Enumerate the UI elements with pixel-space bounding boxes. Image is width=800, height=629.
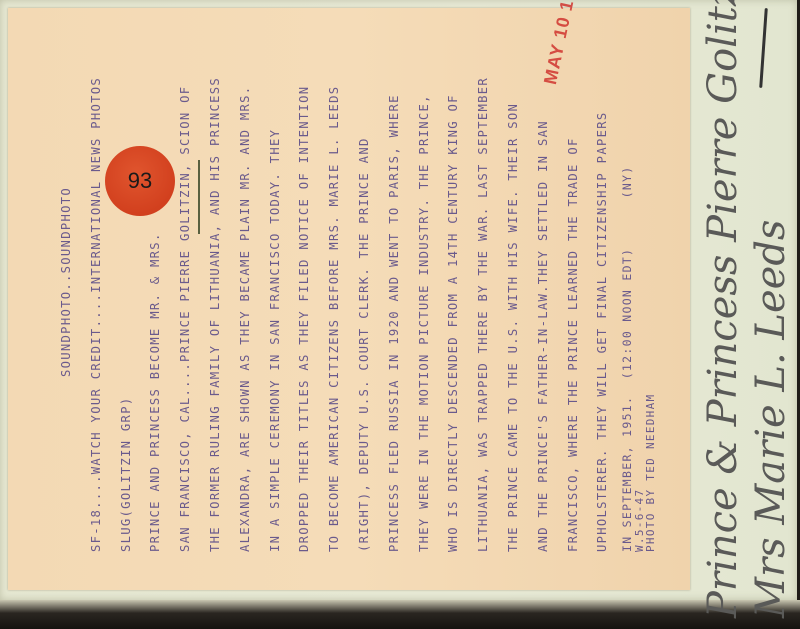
caption-line: SAN FRANCISCO, CAL....PRINCE PIERRE GOLI… — [171, 77, 201, 552]
caption-footer: IN SEPTEMBER, 1951. (12:00 NOON EDT) (NY… — [620, 77, 656, 552]
caption-line: THEY WERE IN THE MOTION PICTURE INDUSTRY… — [410, 77, 440, 552]
caption-sheet: SOUNDPHOTO..SOUNDPHOTO SF-18....WATCH YO… — [8, 8, 690, 590]
photo-credit-line: PHOTO BY TED NEEDHAM — [645, 77, 656, 552]
caption-line: LITHUANIA, WAS TRAPPED THERE BY THE WAR.… — [469, 77, 499, 552]
badge-number: 93 — [128, 168, 152, 194]
caption-line: TO BECOME AMERICAN CITIZENS BEFORE MRS. … — [320, 77, 350, 552]
caption-line: UPHOLSTERER. THEY WILL GET FINAL CITIZEN… — [588, 77, 618, 552]
rotated-caption-content: SOUNDPHOTO..SOUNDPHOTO SF-18....WATCH YO… — [8, 8, 690, 590]
caption-line: ALEXANDRA, ARE SHOWN AS THEY BECAME PLAI… — [231, 77, 261, 552]
number-badge: 93 — [105, 146, 175, 216]
caption-line: PRINCESS FLED RUSSIA IN 1920 AND WENT TO… — [380, 77, 410, 552]
caption-header: SOUNDPHOTO..SOUNDPHOTO — [52, 77, 82, 552]
handwritten-note-names: Prince & Princess Pierre Golitzin — [700, 0, 746, 618]
caption-line: DROPPED THEIR TITLES AS THEY FILED NOTIC… — [290, 77, 320, 552]
footer-date-line: IN SEPTEMBER, 1951. (12:00 NOON EDT) (NY… — [620, 77, 634, 552]
caption-line: THE PRINCE CAME TO THE U.S. WITH HIS WIF… — [499, 77, 529, 552]
caption-line: AND THE PRINCE'S FATHER-IN-LAW.THEY SETT… — [529, 77, 559, 552]
caption-line: (RIGHT), DEPUTY U.S. COURT CLERK. THE PR… — [350, 77, 380, 552]
caption-line: WHO IS DIRECTLY DESCENDED FROM A 14TH CE… — [439, 77, 469, 552]
caption-line: FRANCISCO, WHERE THE PRINCE LEARNED THE … — [559, 77, 589, 552]
caption-line: THE FORMER RULING FAMILY OF LITHUANIA, A… — [201, 77, 231, 552]
caption-line: IN A SIMPLE CEREMONY IN SAN FRANCISCO TO… — [261, 77, 291, 552]
caption-line: SF-18....WATCH YOUR CREDIT....INTERNATIO… — [82, 77, 112, 552]
pencil-mark — [198, 160, 200, 234]
scan-bottom-edge — [0, 600, 800, 629]
handwritten-note-clerk: Mrs Marie L. Leeds — [748, 220, 794, 618]
